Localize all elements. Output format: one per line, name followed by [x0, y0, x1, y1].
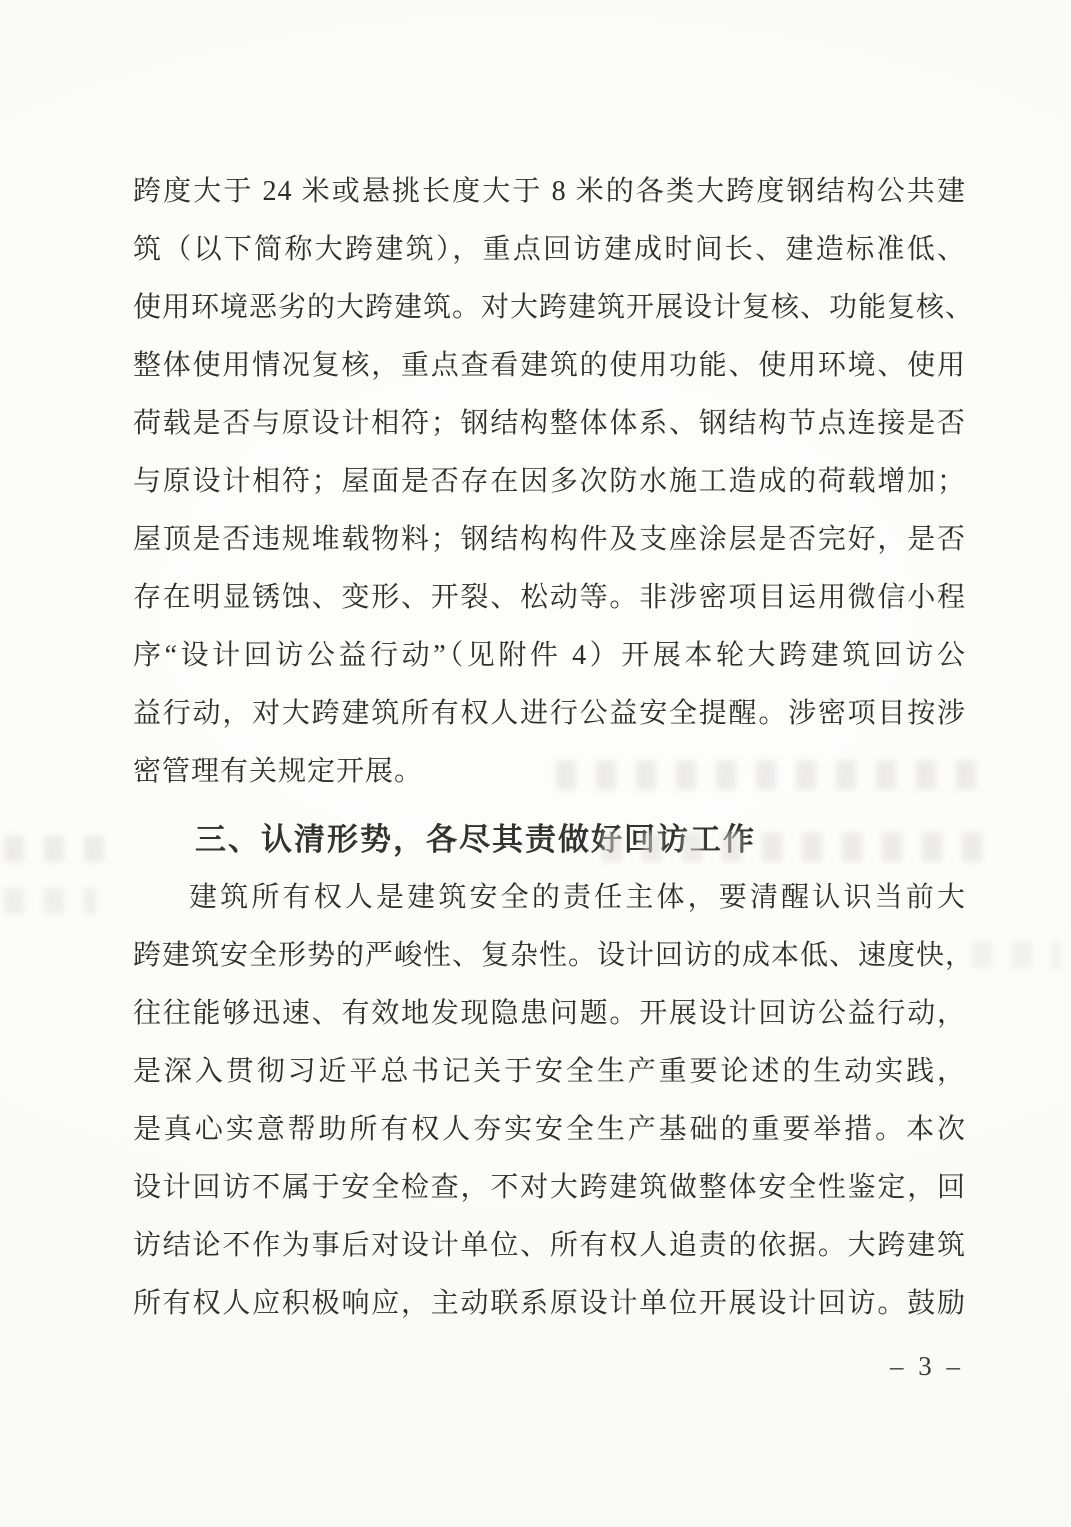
body-line: 建筑所有权人是建筑安全的责任主体，要清醒认识当前大	[133, 869, 966, 927]
body-line: 使用环境恶劣的大跨建筑。对大跨建筑开展设计复核、功能复核、	[133, 279, 966, 337]
bleed-through-mark	[602, 832, 1002, 862]
body-line: 是深入贯彻习近平总书记关于安全生产重要论述的生动实践，	[133, 1043, 966, 1101]
body-line: 益行动，对大跨建筑所有权人进行公益安全提醒。涉密项目按涉	[133, 685, 966, 743]
scanned-document-page: 跨度大于 24 米或悬挑长度大于 8 米的各类大跨度钢结构公共建 筑（以下简称大…	[0, 0, 1071, 1527]
body-line: 跨建筑安全形势的严峻性、复杂性。设计回访的成本低、速度快，	[133, 927, 966, 985]
bleed-through-mark	[4, 888, 96, 914]
body-line: 屋顶是否违规堆载物料；钢结构构件及支座涂层是否完好，是否	[133, 511, 966, 569]
bleed-through-mark	[972, 942, 1060, 968]
body-line: 是真心实意帮助所有权人夯实安全生产基础的重要举措。本次	[133, 1101, 966, 1159]
body-line: 所有权人应积极响应，主动联系原设计单位开展设计回访。鼓励	[133, 1275, 966, 1333]
document-body: 跨度大于 24 米或悬挑长度大于 8 米的各类大跨度钢结构公共建 筑（以下简称大…	[133, 163, 966, 1333]
bleed-through-mark	[4, 836, 122, 862]
body-line: 往往能够迅速、有效地发现隐患问题。开展设计回访公益行动，	[133, 985, 966, 1043]
body-line: 序“设计回访公益行动”（见附件 4）开展本轮大跨建筑回访公	[133, 627, 966, 685]
page-number: – 3 –	[872, 1346, 982, 1386]
body-line: 筑（以下简称大跨建筑），重点回访建成时间长、建造标准低、	[133, 221, 966, 279]
body-line: 跨度大于 24 米或悬挑长度大于 8 米的各类大跨度钢结构公共建	[133, 163, 966, 221]
body-line: 访结论不作为事后对设计单位、所有权人追责的依据。大跨建筑	[133, 1217, 966, 1275]
bleed-through-mark	[556, 760, 984, 790]
body-line: 设计回访不属于安全检查，不对大跨建筑做整体安全性鉴定，回	[133, 1159, 966, 1217]
body-line: 存在明显锈蚀、变形、开裂、松动等。非涉密项目运用微信小程	[133, 569, 966, 627]
body-line: 整体使用情况复核，重点查看建筑的使用功能、使用环境、使用	[133, 337, 966, 395]
body-line: 与原设计相符；屋面是否存在因多次防水施工造成的荷载增加；	[133, 453, 966, 511]
body-line: 荷载是否与原设计相符；钢结构整体体系、钢结构节点连接是否	[133, 395, 966, 453]
